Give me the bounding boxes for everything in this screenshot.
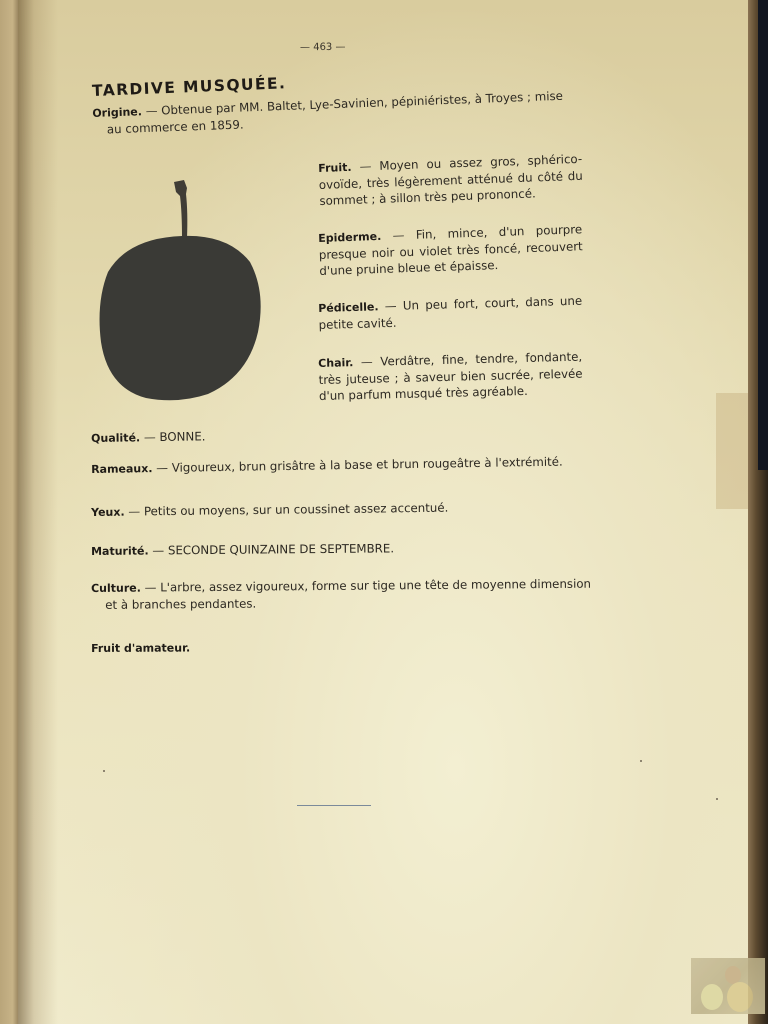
paper-speck: [640, 760, 642, 762]
paper-speck: [103, 770, 105, 772]
background-dark: [758, 0, 768, 470]
entry-label: Origine.: [92, 105, 142, 120]
entry-label: Rameaux.: [91, 462, 153, 476]
entry-epiderme: Epiderme. — Fin, mince, d'un pourpre pre…: [318, 221, 583, 279]
entry-chair: Chair. — Verdâtre, fine, tendre, fondant…: [318, 349, 583, 404]
entry-label: Maturité.: [91, 544, 149, 558]
plum-body-icon: [100, 236, 261, 400]
plum-stem-icon: [174, 180, 187, 238]
page-number: — 463 —: [300, 42, 346, 53]
entry-label: Fruit.: [318, 161, 352, 175]
entry-label: Chair.: [318, 356, 353, 370]
end-rule-divider: [297, 805, 371, 806]
thumbnail-fruit-icon: [727, 982, 753, 1012]
entry-label: Epiderme.: [318, 230, 381, 245]
entry-label: Culture.: [91, 582, 141, 595]
entry-text: — BONNE.: [140, 429, 206, 444]
watermark-thumbnail: [691, 958, 765, 1014]
gutter-shadow: [18, 0, 58, 1024]
paper-speck: [716, 798, 718, 800]
thumbnail-fruit-icon: [701, 984, 723, 1010]
plum-illustration: [98, 172, 264, 404]
entry-label: Qualité.: [91, 431, 140, 445]
adjacent-page-edge: [0, 0, 18, 1024]
entry-label: Pédicelle.: [318, 300, 379, 315]
entry-fruit: Fruit. — Moyen ou assez gros, sphérico-o…: [318, 151, 584, 209]
entry-text: — Verdâtre, fine, tendre, fondante, très…: [318, 350, 582, 403]
entry-text: — Moyen ou assez gros, sphérico-ovoïde, …: [319, 152, 583, 208]
entry-text: — Petits ou moyens, sur un coussinet ass…: [125, 501, 449, 519]
entry-text: — SECONDE QUINZAINE DE SEPTEMBRE.: [149, 541, 395, 557]
entry-label: Fruit d'amateur.: [91, 641, 190, 655]
entry-text: — L'arbre, assez vigoureux, forme sur ti…: [141, 577, 591, 595]
entry-culture: Culture. — L'arbre, assez vigoureux, for…: [91, 576, 591, 613]
entry-label: Yeux.: [91, 506, 125, 519]
entry-fruit-amateur: Fruit d'amateur.: [91, 637, 591, 657]
